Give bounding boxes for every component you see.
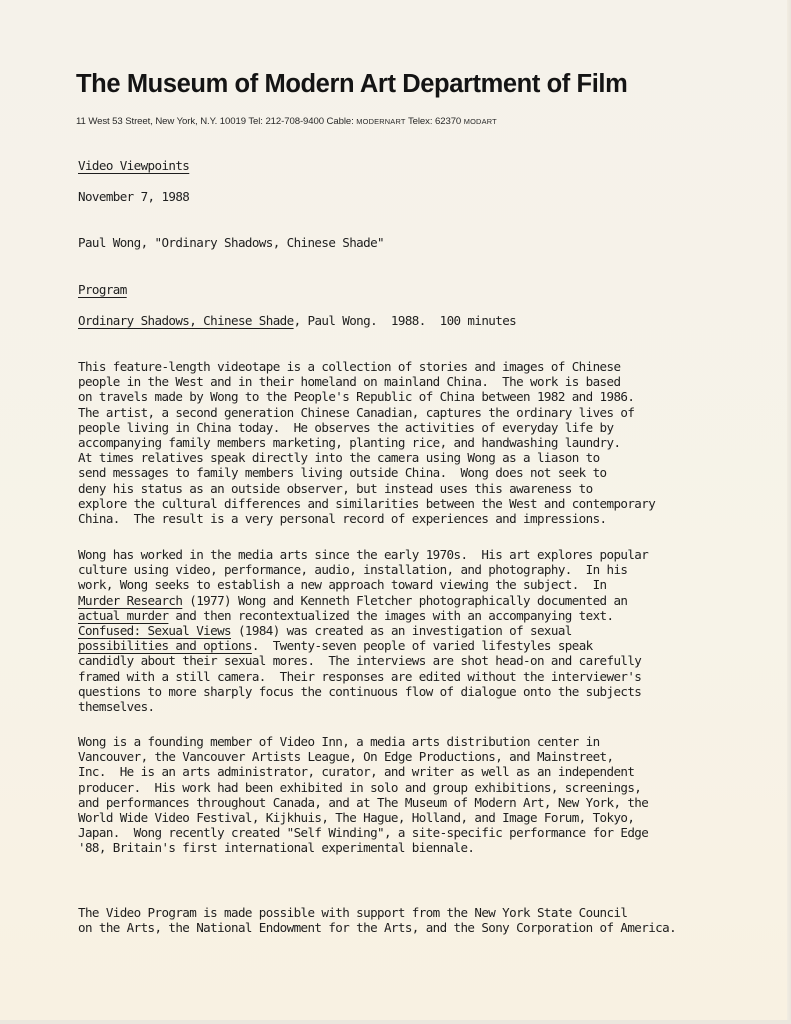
paragraph-description: This feature-length videotape is a colle… — [78, 359, 655, 526]
paragraph-line: possibilities and options. Twenty-seven … — [78, 638, 648, 653]
paragraph-line: on the Arts, the National Endowment for … — [78, 920, 676, 935]
paragraph-line: deny his status as an outside observer, … — [78, 481, 655, 496]
paragraph-line: people living in China today. He observe… — [78, 420, 655, 435]
paragraph-line: themselves. — [78, 699, 648, 714]
paragraph-line: Wong is a founding member of Video Inn, … — [78, 734, 648, 749]
letterhead-address: 11 West 53 Street, New York, N.Y. 10019 … — [76, 116, 497, 127]
paragraph-line: culture using video, performance, audio,… — [78, 562, 648, 577]
page-edge-bottom — [0, 1020, 791, 1024]
series-title: Video Viewpoints — [78, 158, 189, 173]
paragraph-line: Vancouver, the Vancouver Artists League,… — [78, 749, 648, 764]
paragraph-line: on travels made by Wong to the People's … — [78, 389, 655, 404]
paragraph-text: (1984) was created as an investigation o… — [231, 623, 572, 638]
paragraph-line: producer. His work had been exhibited in… — [78, 780, 648, 795]
paragraph-line: people in the West and in their homeland… — [78, 374, 655, 389]
telex-code: MODART — [464, 117, 497, 126]
paragraph-line: framed with a still camera. Their respon… — [78, 669, 648, 684]
paragraph-biography: Wong has worked in the media arts since … — [78, 547, 648, 714]
paragraph-career: Wong is a founding member of Video Inn, … — [78, 734, 648, 856]
paragraph-line: The artist, a second generation Chinese … — [78, 405, 655, 420]
paragraph-line: send messages to family members living o… — [78, 465, 655, 480]
telex-label: Telex: 62370 — [406, 116, 464, 127]
paragraph-line: actual murder and then recontextualized … — [78, 608, 648, 623]
paragraph-text: . Twenty-seven people of varied lifestyl… — [252, 638, 593, 653]
page-edge-right — [787, 0, 791, 1024]
document-page: The Museum of Modern Art Department of F… — [0, 0, 791, 1024]
event-title: Paul Wong, "Ordinary Shadows, Chinese Sh… — [78, 235, 384, 250]
paragraph-line: Murder Research (1977) Wong and Kenneth … — [78, 593, 648, 608]
work-title-continued: possibilities and options — [78, 638, 252, 653]
paragraph-line: Inc. He is an arts administrator, curato… — [78, 764, 648, 779]
paragraph-line: work, Wong seeks to establish a new appr… — [78, 577, 648, 592]
work-title-confused: Confused: Sexual Views — [78, 623, 231, 638]
program-entry-title: Ordinary Shadows, Chinese Shade — [78, 313, 294, 328]
work-title-continued: actual murder — [78, 608, 168, 623]
document-date: November 7, 1988 — [78, 189, 189, 204]
paragraph-line: This feature-length videotape is a colle… — [78, 359, 655, 374]
program-entry: Ordinary Shadows, Chinese Shade, Paul Wo… — [78, 313, 516, 328]
address-text: 11 West 53 Street, New York, N.Y. 10019 … — [76, 116, 356, 127]
paragraph-line: questions to more sharply focus the cont… — [78, 684, 648, 699]
paragraph-line: and performances throughout Canada, and … — [78, 795, 648, 810]
paragraph-text: (1977) Wong and Kenneth Fletcher photogr… — [182, 593, 627, 608]
paragraph-line: Wong has worked in the media arts since … — [78, 547, 648, 562]
paragraph-line: At times relatives speak directly into t… — [78, 450, 655, 465]
paragraph-text: and then recontextualized the images wit… — [168, 608, 613, 623]
paragraph-line: World Wide Video Festival, Kijkhuis, The… — [78, 810, 648, 825]
work-title-murder-research: Murder Research — [78, 593, 182, 608]
paragraph-line: Japan. Wong recently created "Self Windi… — [78, 825, 648, 840]
paragraph-line: explore the cultural differences and sim… — [78, 496, 655, 511]
paragraph-line: Confused: Sexual Views (1984) was create… — [78, 623, 648, 638]
paragraph-line: candidly about their sexual mores. The i… — [78, 653, 648, 668]
program-entry-details: , Paul Wong. 1988. 100 minutes — [294, 313, 517, 328]
paragraph-line: China. The result is a very personal rec… — [78, 511, 655, 526]
letterhead-title: The Museum of Modern Art Department of F… — [76, 70, 627, 99]
funding-note: The Video Program is made possible with … — [78, 905, 676, 935]
cable-code: MODERNART — [356, 117, 405, 126]
program-heading: Program — [78, 282, 127, 297]
paragraph-line: '88, Britain's first international exper… — [78, 840, 648, 855]
paragraph-line: accompanying family members marketing, p… — [78, 435, 655, 450]
paragraph-line: The Video Program is made possible with … — [78, 905, 676, 920]
